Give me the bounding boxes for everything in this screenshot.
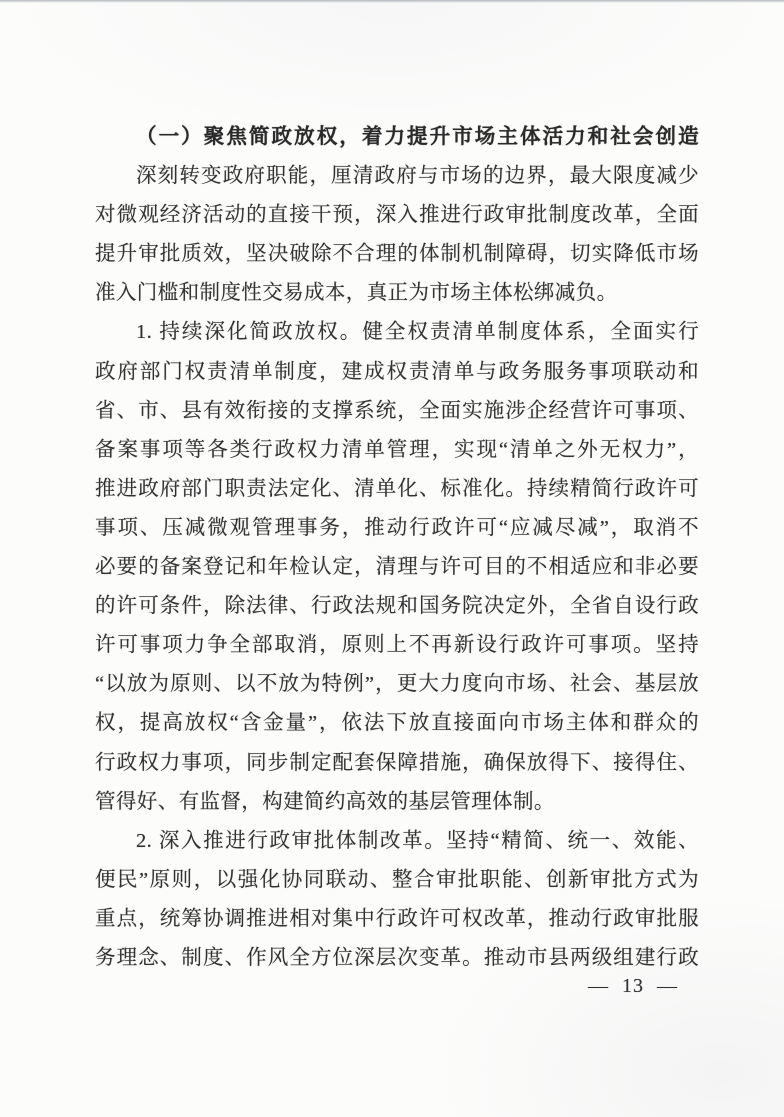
document-body: （一）聚焦简政放权，着力提升市场主体活力和社会创造力。深刻转变政府职能，厘清政府… — [95, 118, 699, 978]
text-line: 必要的备案登记和年检认定，清理与许可目的不相适应和非必要 — [95, 548, 699, 587]
text-line: 许可事项力争全部取消，原则上不再新设行政许可事项。坚持 — [95, 626, 699, 665]
text-line: 深刻转变政府职能，厘清政府与市场的边界，最大限度减少 — [95, 157, 699, 196]
text-line: “以放为原则、以不放为特例”，更大力度向市场、社会、基层放 — [95, 665, 699, 704]
text-line: 1. 持续深化简政放权。健全权责清单制度体系，全面实行 — [95, 313, 699, 352]
scan-artifact-top-edge — [0, 0, 784, 3]
text-line: 推进政府部门职责法定化、清单化、标准化。持续精简行政许可 — [95, 470, 699, 509]
text-line: 省、市、县有效衔接的支撑系统，全面实施涉企经营许可事项、 — [95, 392, 699, 431]
text-line: 政府部门权责清单制度，建成权责清单与政务服务事项联动和 — [95, 353, 699, 392]
text-line: 备案事项等各类行政权力清单管理，实现“清单之外无权力”， — [95, 431, 699, 470]
text-line: 对微观经济活动的直接干预，深入推进行政审批制度改革，全面 — [95, 196, 699, 235]
section-heading-line: （一）聚焦简政放权，着力提升市场主体活力和社会创造力。 — [95, 118, 699, 157]
text-line: 管得好、有监督，构建简约高效的基层管理体制。 — [95, 783, 699, 822]
page-number: — 13 — — [588, 972, 678, 1000]
text-line: 行政权力事项，同步制定配套保障措施，确保放得下、接得住、 — [95, 744, 699, 783]
text-line: 权，提高放权“含金量”，依法下放直接面向市场主体和群众的 — [95, 704, 699, 743]
document-page: （一）聚焦简政放权，着力提升市场主体活力和社会创造力。深刻转变政府职能，厘清政府… — [0, 0, 784, 1117]
text-line: 2. 深入推进行政审批体制改革。坚持“精简、统一、效能、 — [95, 822, 699, 861]
text-line: 准入门槛和制度性交易成本，真正为市场主体松绑减负。 — [95, 274, 699, 313]
text-line: 提升审批质效，坚决破除不合理的体制机制障碍，切实降低市场 — [95, 235, 699, 274]
text-line: 重点，统筹协调推进相对集中行政许可权改革，推动行政审批服 — [95, 900, 699, 939]
text-line: 的许可条件，除法律、行政法规和国务院决定外，全省自设行政 — [95, 587, 699, 626]
text-line: 事项、压减微观管理事务，推动行政许可“应减尽减”，取消不 — [95, 509, 699, 548]
text-line: 便民”原则，以强化协同联动、整合审批职能、创新审批方式为 — [95, 861, 699, 900]
